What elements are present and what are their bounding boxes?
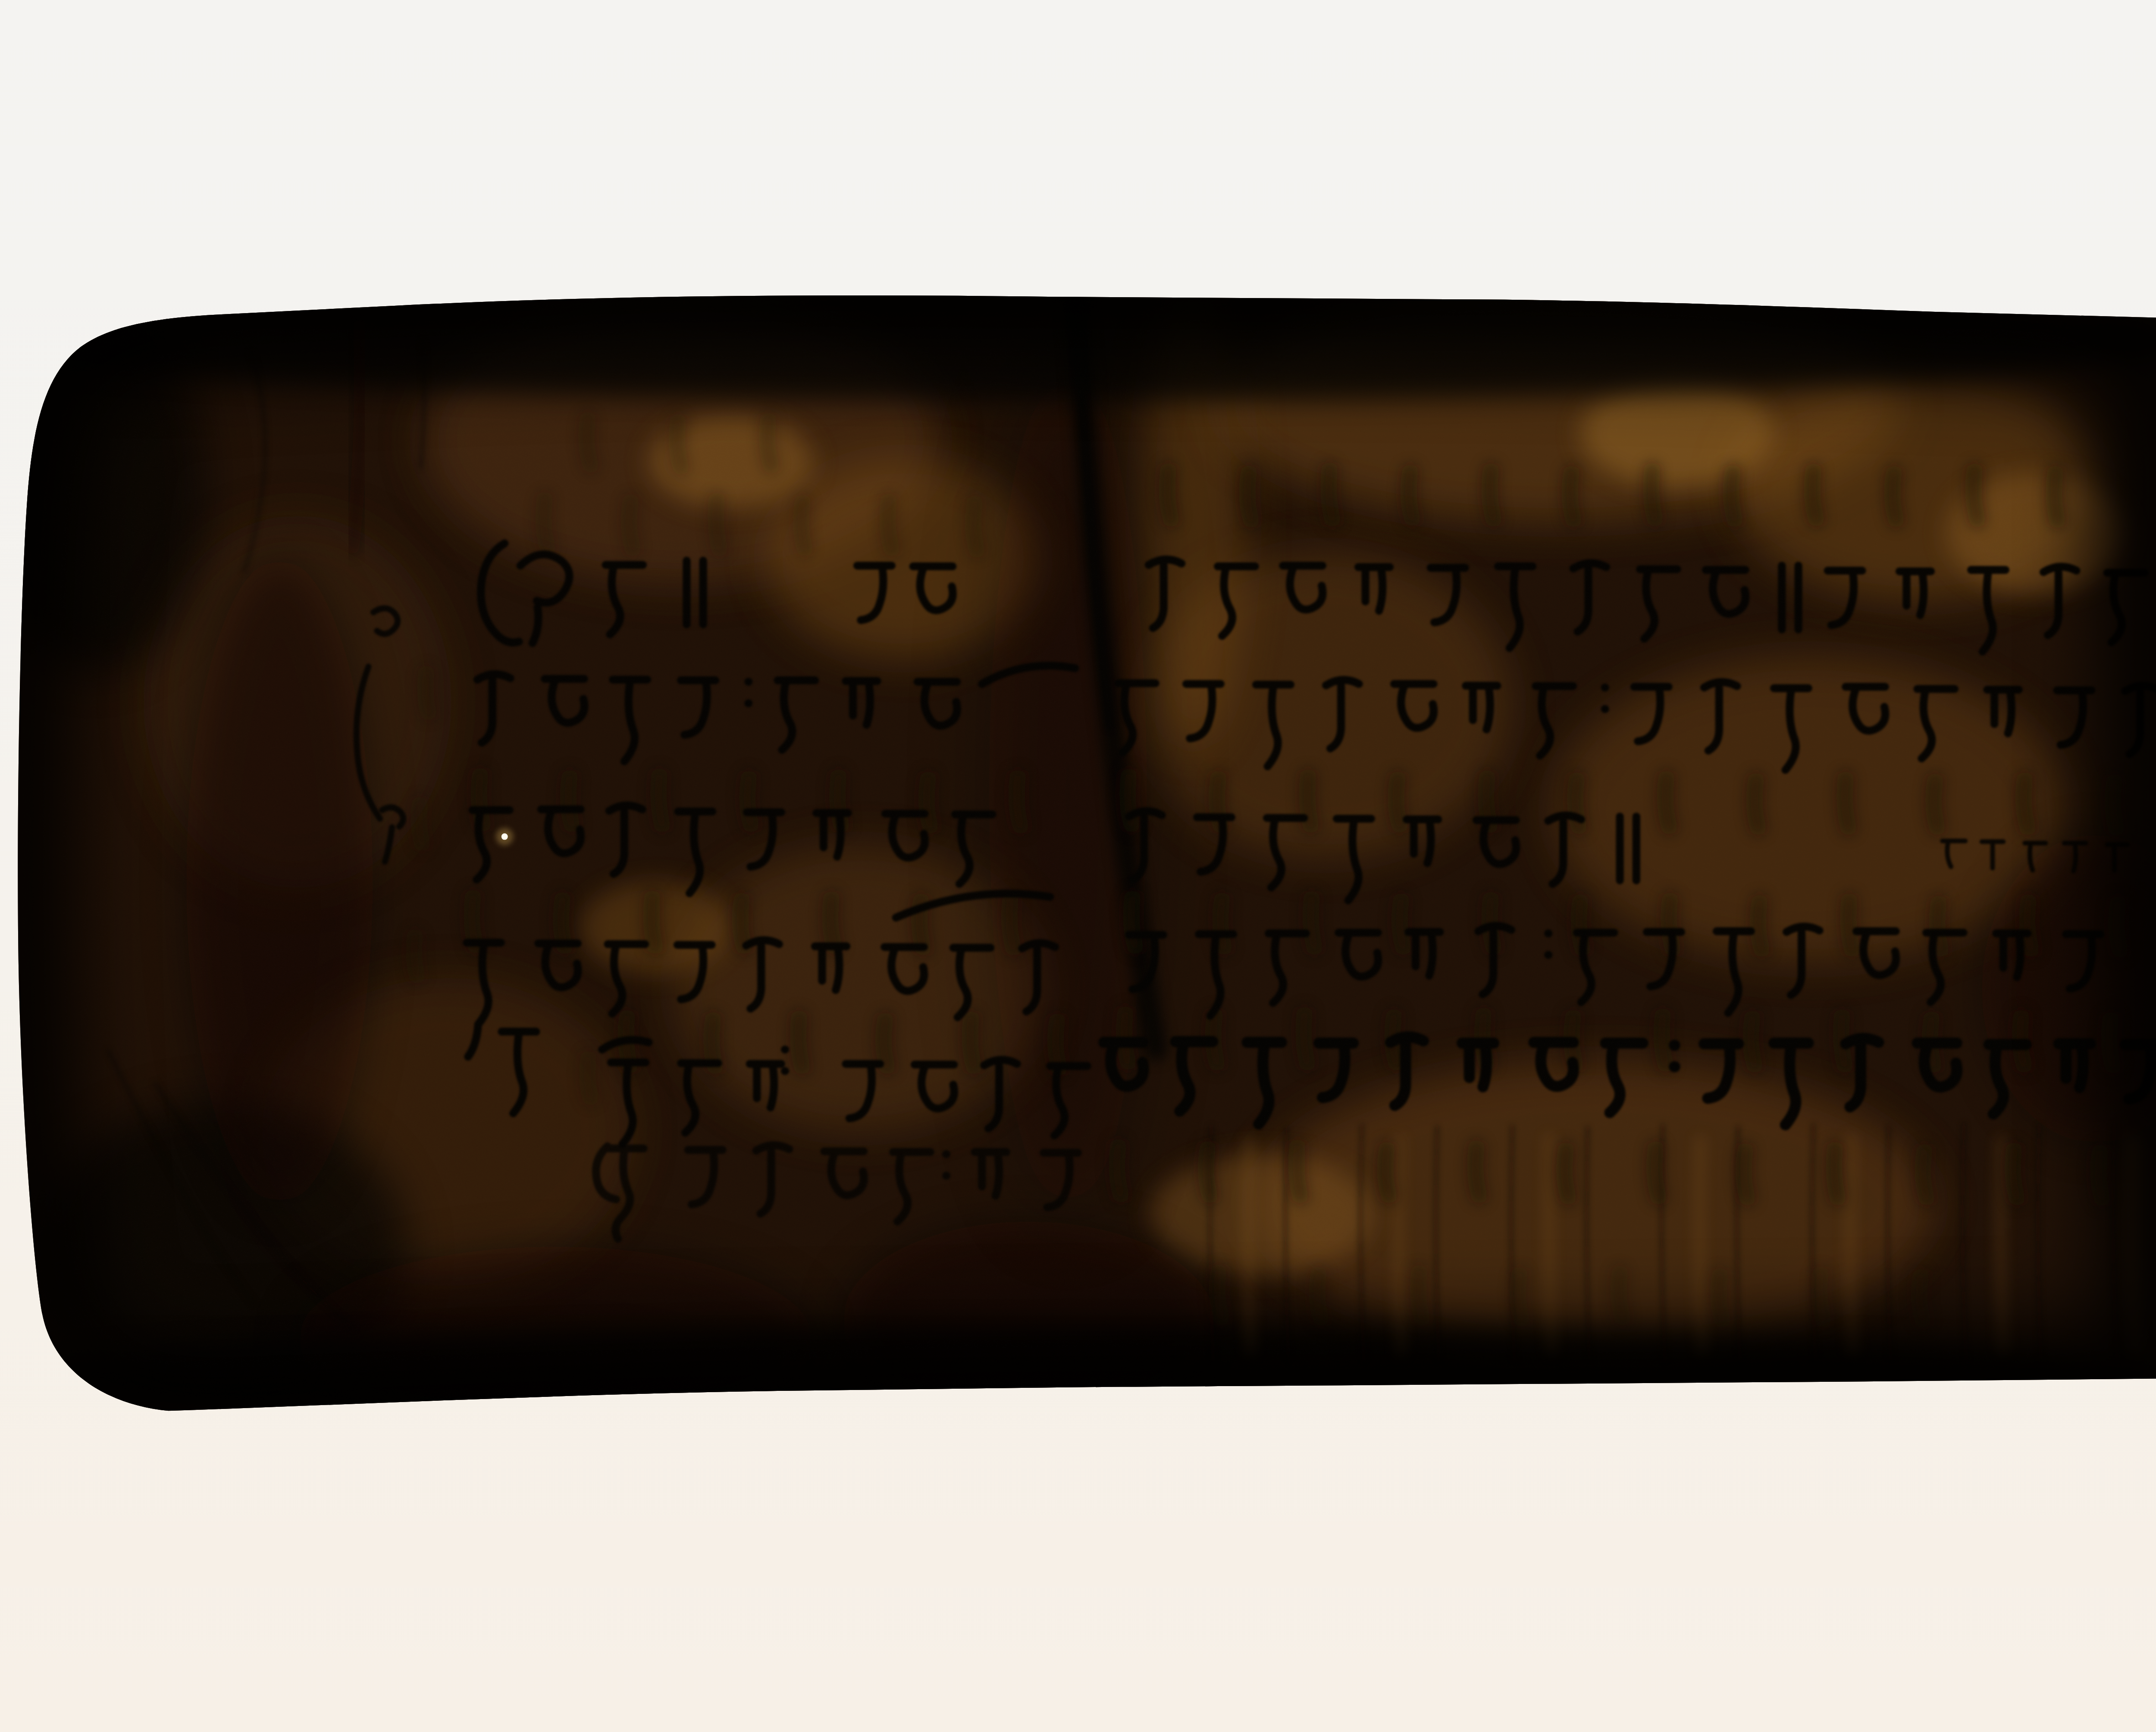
manuscript-leaf [0, 279, 2156, 1433]
leaf-interior [0, 279, 2156, 1433]
pinhole-light [501, 833, 508, 840]
manuscript-photo [0, 0, 2156, 1732]
paper-grain [0, 282, 2156, 1430]
